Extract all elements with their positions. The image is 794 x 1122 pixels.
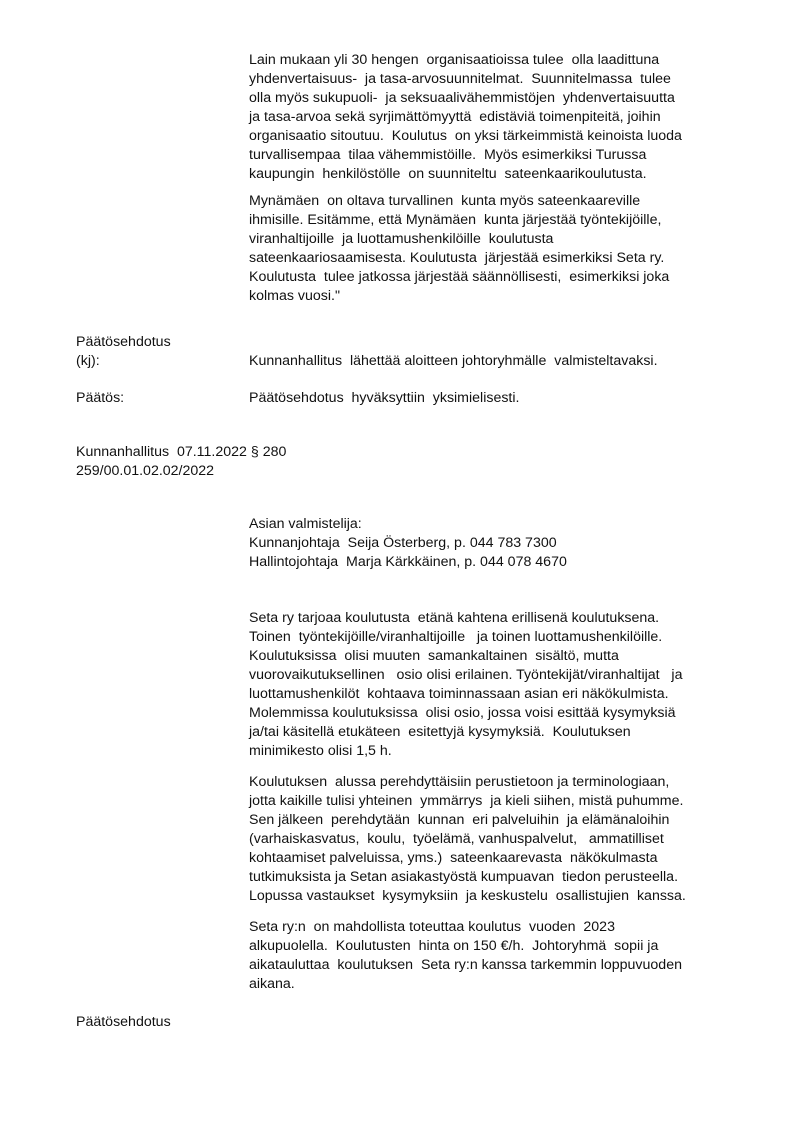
preparer-contact: Kunnanjohtaja Seija Österberg, p. 044 78… [249,534,749,553]
body-paragraph-2: Koulutuksen alussa perehdyttäisiin perus… [249,773,749,906]
text-line: Molemmissa koulutuksissa olisi osio, jos… [249,704,749,723]
text-line: ja tasa-arvoa sekä syrjimättömyyttä edis… [249,108,749,127]
meeting-header: Kunnanhallitus 07.11.2022 § 280 259/00.0… [76,443,476,481]
text-line: yhdenvertaisuus- ja tasa-arvosuunnitelma… [249,70,749,89]
text-line: ja/tai käsitellä etukäteen esitettyjä ky… [249,723,749,742]
text-line: Mynämäen on oltava turvallinen kunta myö… [249,192,749,211]
text-line: minimikesto olisi 1,5 h. [249,742,749,761]
text-line: turvallisempaa tilaa vähemmistöille. Myö… [249,146,749,165]
text-line: (varhaiskasvatus, koulu, työelämä, vanhu… [249,830,749,849]
text-line: Seta ry:n on mahdollista toteuttaa koulu… [249,918,749,937]
text-line: kohtaamiset palveluissa, yms.) sateenkaa… [249,849,749,868]
proposal-label: Päätösehdotus (kj): [76,333,246,371]
text-line: olla myös sukupuoli- ja seksuaalivähemmi… [249,89,749,108]
proposal-text: Kunnanhallitus lähettää aloitteen johtor… [249,352,749,371]
body-paragraph-3: Seta ry:n on mahdollista toteuttaa koulu… [249,918,749,994]
text-line: sateenkaariosaamisesta. Koulutusta järje… [249,249,749,268]
text-line: viranhaltijoille ja luottamushenkilöille… [249,230,749,249]
final-proposal-label: Päätösehdotus [76,1013,246,1032]
text-line: Koulutuksen alussa perehdyttäisiin perus… [249,773,749,792]
text-line: tutkimuksista ja Setan asiakastyöstä kum… [249,868,749,887]
decision-label: Päätös: [76,389,246,408]
text-line: aikatauluttaa koulutuksen Seta ry:n kans… [249,956,749,975]
proposal-text-line: Kunnanhallitus lähettää aloitteen johtor… [249,352,749,371]
decision-text: Päätösehdotus hyväksyttiin yksimielisest… [249,389,749,408]
decision-label-text: Päätös: [76,389,246,408]
text-line: jotta kaikille tulisi yhteinen ymmärrys … [249,792,749,811]
text-line: aikana. [249,975,749,994]
final-proposal-label-text: Päätösehdotus [76,1013,246,1032]
text-line: Koulutusta tulee jatkossa järjestää sään… [249,268,749,287]
proposal-label-line-2: (kj): [76,352,246,371]
intro-paragraph-2: Mynämäen on oltava turvallinen kunta myö… [249,192,749,306]
decision-text-line: Päätösehdotus hyväksyttiin yksimielisest… [249,389,749,408]
text-line: Sen jälkeen perehdytään kunnan eri palve… [249,811,749,830]
preparers-heading: Asian valmistelija: [249,515,749,534]
preparer-contact: Hallintojohtaja Marja Kärkkäinen, p. 044… [249,553,749,572]
text-line: Lopussa vastaukset kysymyksiin ja keskus… [249,887,749,906]
text-line: ihmisille. Esitämme, että Mynämäen kunta… [249,211,749,230]
proposal-label-line-1: Päätösehdotus [76,333,246,352]
text-line: organisaatio sitoutuu. Koulutus on yksi … [249,127,749,146]
text-line: kaupungin henkilöstölle on suunniteltu s… [249,165,749,184]
text-line: vuorovaikutuksellinen osio olisi erilain… [249,666,749,685]
meeting-title: Kunnanhallitus 07.11.2022 § 280 [76,443,476,462]
text-line: Toinen työntekijöille/viranhaltijoille j… [249,628,749,647]
case-reference: 259/00.01.02.02/2022 [76,462,476,481]
text-line: Seta ry tarjoaa koulutusta etänä kahtena… [249,609,749,628]
body-paragraph-1: Seta ry tarjoaa koulutusta etänä kahtena… [249,609,749,761]
text-line: alkupuolella. Koulutusten hinta on 150 €… [249,937,749,956]
text-line: kolmas vuosi." [249,287,749,306]
intro-paragraph-1: Lain mukaan yli 30 hengen organisaatiois… [249,51,749,184]
text-line: Koulutuksissa olisi muuten samankaltaine… [249,647,749,666]
document-page: Lain mukaan yli 30 hengen organisaatiois… [0,0,794,1122]
text-line: Lain mukaan yli 30 hengen organisaatiois… [249,51,749,70]
text-line: luottamushenkilöt kohtaava toiminnassaan… [249,685,749,704]
preparers: Asian valmistelija: Kunnanjohtaja Seija … [249,515,749,572]
